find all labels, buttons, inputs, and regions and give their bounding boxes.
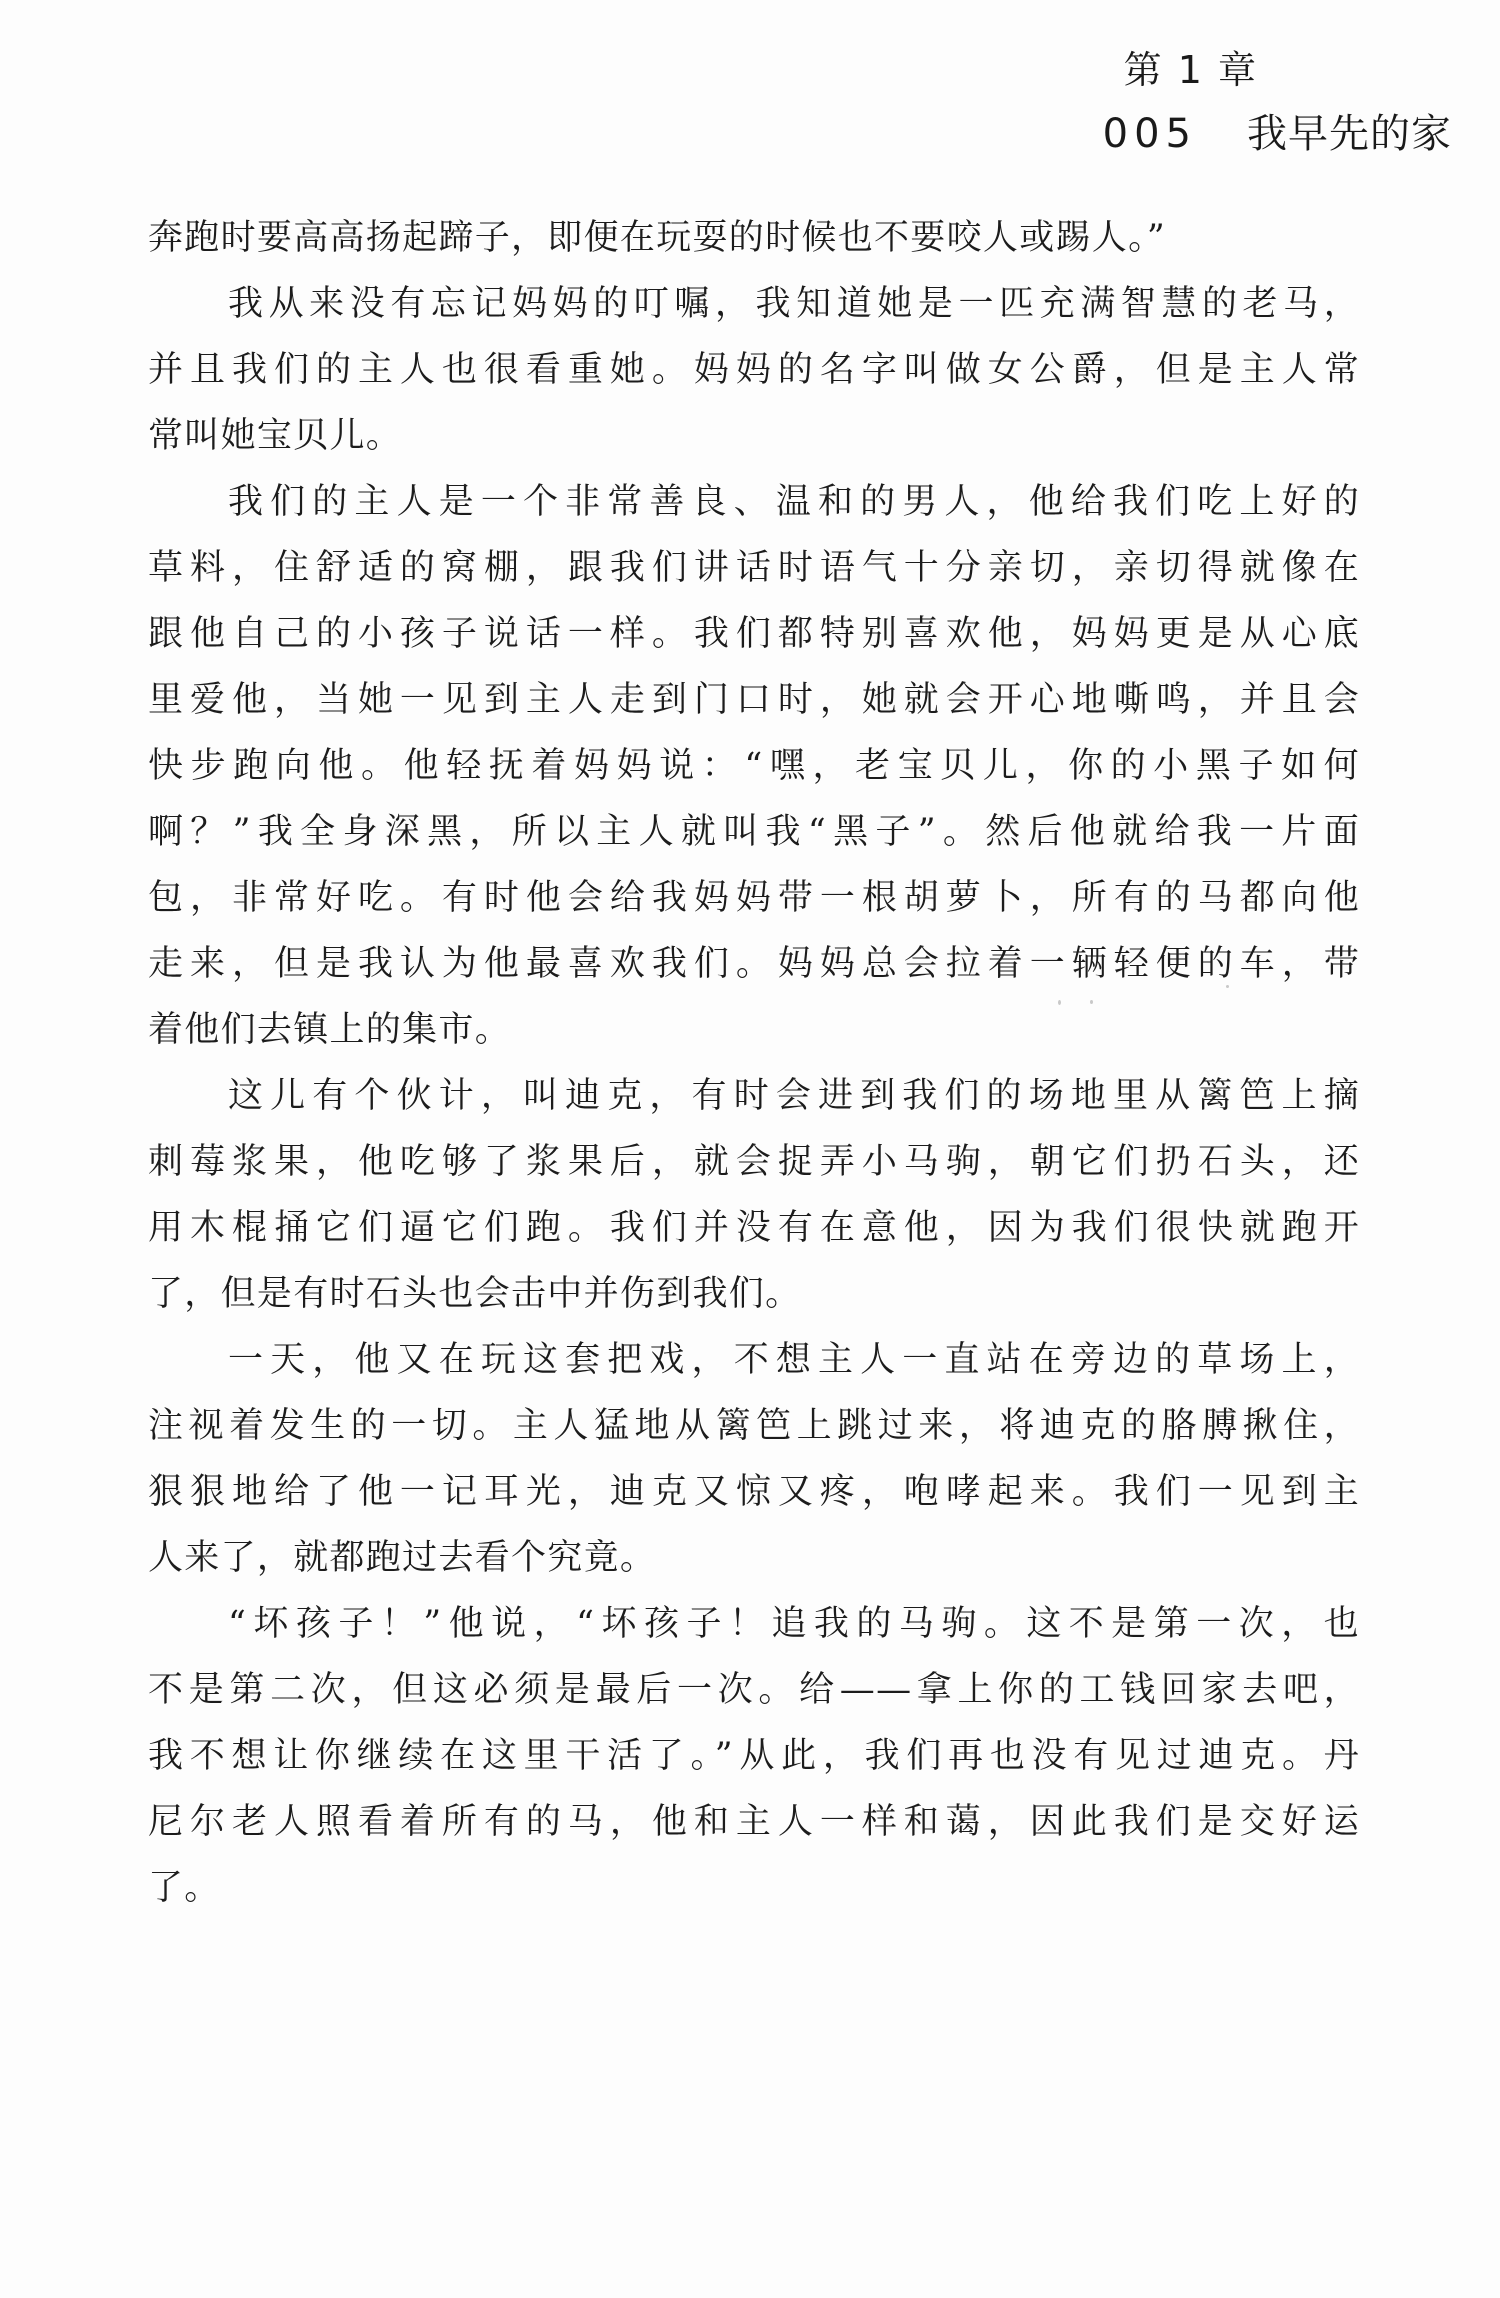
paragraph-start-line: “坏孩子！”他说，“坏孩子！追我的马驹。这不是第一次，也	[148, 1591, 1360, 1657]
text-line: 草料，住舒适的窝棚，跟我们讲话时语气十分亲切，亲切得就像在	[148, 535, 1360, 601]
text-line: 尼尔老人照看着所有的马，他和主人一样和蔼，因此我们是交好运	[148, 1789, 1360, 1855]
paragraph-end-line: 人来了，就都跑过去看个究竟。	[148, 1525, 1360, 1591]
paragraph-start-line: 一天，他又在玩这套把戏，不想主人一直站在旁边的草场上，	[148, 1327, 1360, 1393]
text-line: 快步跑向他。他轻抚着妈妈说：“嘿，老宝贝儿，你的小黑子如何	[148, 733, 1360, 799]
text-line: 包，非常好吃。有时他会给我妈妈带一根胡萝卜，所有的马都向他	[148, 865, 1360, 931]
text-line: 不是第二次，但这必须是最后一次。给——拿上你的工钱回家去吧，	[148, 1657, 1360, 1723]
text-line: 狠狠地给了他一记耳光，迪克又惊又疼，咆哮起来。我们一见到主	[148, 1459, 1360, 1525]
paragraph-start-line: 这儿有个伙计，叫迪克，有时会进到我们的场地里从篱笆上摘	[148, 1063, 1360, 1129]
paragraph-end-line: 着他们去镇上的集市。	[148, 997, 1360, 1063]
chapter-title: 我早先的家	[1247, 106, 1452, 162]
text-line: 走来，但是我认为他最喜欢我们。妈妈总会拉着一辆轻便的车，带	[148, 931, 1360, 997]
paragraph-end-line: 了。	[148, 1855, 1360, 1921]
paragraph-start-line: 我们的主人是一个非常善良、温和的男人，他给我们吃上好的	[148, 469, 1360, 535]
text-line: 啊？”我全身深黑，所以主人就叫我“黑子”。然后他就给我一片面	[148, 799, 1360, 865]
paragraph-start-line: 我从来没有忘记妈妈的叮嘱，我知道她是一匹充满智慧的老马，	[148, 271, 1360, 337]
scan-speck	[1058, 1000, 1061, 1005]
text-line: 用木棍捅它们逼它们跑。我们并没有在意他，因为我们很快就跑开	[148, 1195, 1360, 1261]
body-text: 奔跑时要高高扬起蹄子，即便在玩耍的时候也不要咬人或踢人。” 我从来没有忘记妈妈的…	[148, 205, 1360, 1921]
paragraph-end-line: 了，但是有时石头也会击中并伤到我们。	[148, 1261, 1360, 1327]
text-line: 注视着发生的一切。主人猛地从篱笆上跳过来，将迪克的胳膊揪住，	[148, 1393, 1360, 1459]
text-line: 奔跑时要高高扬起蹄子，即便在玩耍的时候也不要咬人或踢人。”	[148, 205, 1360, 271]
text-line: 刺莓浆果，他吃够了浆果后，就会捉弄小马驹，朝它们扔石头，还	[148, 1129, 1360, 1195]
paragraph-end-line: 常叫她宝贝儿。	[148, 403, 1360, 469]
header-row: 005我早先的家	[1103, 106, 1452, 162]
text-line: 我不想让你继续在这里干活了。”从此，我们再也没有见过迪克。丹	[148, 1723, 1360, 1789]
scan-speck	[1226, 985, 1229, 988]
text-line: 里爱他，当她一见到主人走到门口时，她就会开心地嘶鸣，并且会	[148, 667, 1360, 733]
text-line: 跟他自己的小孩子说话一样。我们都特别喜欢他，妈妈更是从心底	[148, 601, 1360, 667]
book-page: 第 1 章 005我早先的家 奔跑时要高高扬起蹄子，即便在玩耍的时候也不要咬人或…	[0, 0, 1500, 2298]
page-number: 005	[1103, 106, 1197, 162]
text-line: 并且我们的主人也很看重她。妈妈的名字叫做女公爵，但是主人常	[148, 337, 1360, 403]
chapter-label: 第 1 章	[1124, 44, 1258, 96]
scan-speck	[1090, 1000, 1093, 1004]
